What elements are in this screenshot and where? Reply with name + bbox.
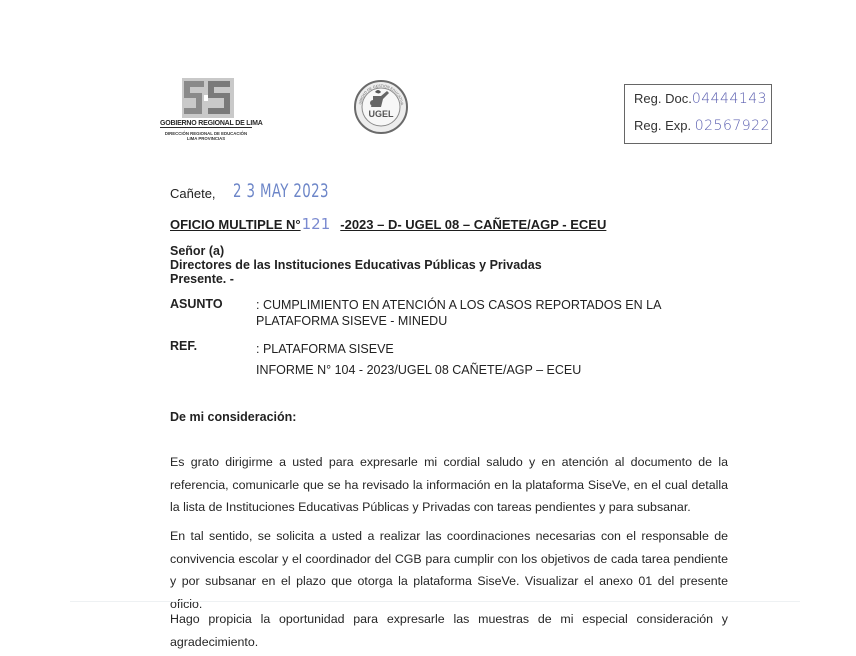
logo-subtitle: DIRECCIÓN REGIONAL DE EDUCACIÓN LIMA PRO… (160, 131, 252, 141)
oficio-title: OFICIO MULTIPLE N°121-2023 – D- UGEL 08 … (170, 215, 606, 233)
reg-exp-label: Reg. Exp. (634, 118, 691, 133)
reg-doc-value: 04444143 (692, 91, 767, 107)
oficio-prefix: OFICIO MULTIPLE N° (170, 217, 301, 232)
addressee-line: Directores de las Instituciones Educativ… (170, 258, 542, 272)
gobierno-regional-logo-icon (182, 78, 234, 118)
ref-line: : PLATAFORMA SISEVE (256, 339, 581, 360)
addressee: Señor (a) Directores de las Institucione… (170, 244, 542, 286)
addressee-line: Señor (a) (170, 244, 542, 258)
scan-divider (70, 601, 800, 602)
gobierno-regional-lima-logo: GOBIERNO REGIONAL DE LIMA DIRECCIÓN REGI… (160, 78, 252, 150)
ref-value: : PLATAFORMA SISEVE INFORME N° 104 - 202… (256, 339, 581, 381)
logo-title: GOBIERNO REGIONAL DE LIMA (160, 120, 252, 128)
reg-doc-row: Reg. Doc.04444143 (634, 91, 767, 107)
oficio-suffix: -2023 – D- UGEL 08 – CAÑETE/AGP - ECEU (340, 217, 606, 232)
ugel-label: UGEL (368, 109, 394, 119)
place: Cañete, (170, 186, 216, 201)
ugel-seal-logo: UGEL UNIDAD DE GESTIÓN EDUCATIVA LOCAL (353, 78, 409, 136)
reg-exp-value: 02567922 (695, 118, 770, 134)
body-paragraph: Es grato dirigirme a usted para expresar… (170, 451, 728, 519)
ref-label: REF. (170, 339, 197, 353)
oficio-number: 121 (302, 215, 331, 233)
body-paragraph: Hago propicia la oportunidad para expres… (170, 608, 728, 653)
greeting: De mi consideración: (170, 410, 296, 424)
asunto-line: : CUMPLIMIENTO EN ATENCIÓN A LOS CASOS R… (256, 297, 661, 313)
asunto-value: : CUMPLIMIENTO EN ATENCIÓN A LOS CASOS R… (256, 297, 661, 329)
addressee-line: Presente. - (170, 272, 542, 286)
asunto-line: PLATAFORMA SISEVE - MINEDU (256, 313, 661, 329)
reg-doc-label: Reg. Doc. (634, 91, 692, 106)
date-stamp: 2 3 MAY 2023 (233, 180, 329, 202)
logo-subtitle-line: LIMA PROVINCIAS (160, 136, 252, 141)
reg-exp-row: Reg. Exp. 02567922 (634, 118, 770, 134)
asunto-label: ASUNTO (170, 297, 223, 311)
ugel-seal-icon: UGEL UNIDAD DE GESTIÓN EDUCATIVA LOCAL (353, 78, 409, 136)
ref-line: INFORME N° 104 - 2023/UGEL 08 CAÑETE/AGP… (256, 360, 581, 381)
registry-box: Reg. Doc.04444143 Reg. Exp. 02567922 (624, 84, 772, 144)
